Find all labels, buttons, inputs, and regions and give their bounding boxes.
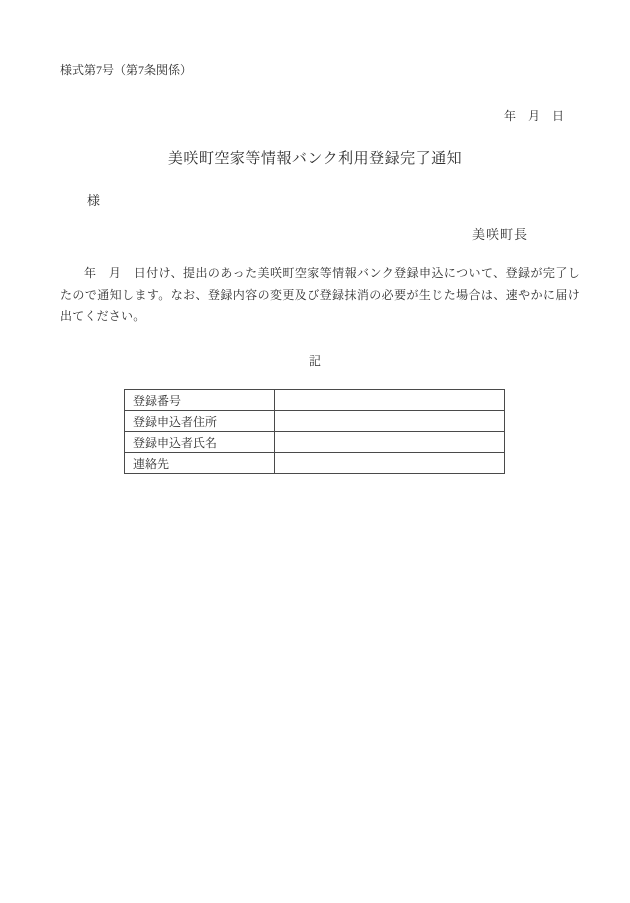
table-row: 連絡先 (125, 453, 505, 474)
table-row: 登録申込者住所 (125, 411, 505, 432)
table-row: 登録申込者氏名 (125, 432, 505, 453)
row-label-contact: 連絡先 (125, 453, 275, 474)
row-value-applicant-name (274, 432, 504, 453)
registration-info-table: 登録番号 登録申込者住所 登録申込者氏名 連絡先 (124, 389, 505, 474)
form-number: 様式第7号（第7条関係） (60, 62, 192, 78)
table-row: 登録番号 (125, 390, 505, 411)
date-line: 年 月 日 (504, 108, 564, 124)
row-label-registration-number: 登録番号 (125, 390, 275, 411)
row-value-contact (274, 453, 504, 474)
row-label-applicant-address: 登録申込者住所 (125, 411, 275, 432)
addressee-suffix: 様 (87, 193, 100, 209)
record-marker: 記 (0, 353, 630, 369)
document-page: 様式第7号（第7条関係） 年 月 日 美咲町空家等情報バンク利用登録完了通知 様… (0, 0, 630, 903)
body-paragraph: 年 月 日付け、提出のあった美咲町空家等情報バンク登録申込について、登録が完了し… (60, 263, 580, 328)
row-label-applicant-name: 登録申込者氏名 (125, 432, 275, 453)
sender-name: 美咲町長 (472, 227, 528, 243)
row-value-applicant-address (274, 411, 504, 432)
row-value-registration-number (274, 390, 504, 411)
document-title: 美咲町空家等情報バンク利用登録完了通知 (0, 150, 630, 168)
